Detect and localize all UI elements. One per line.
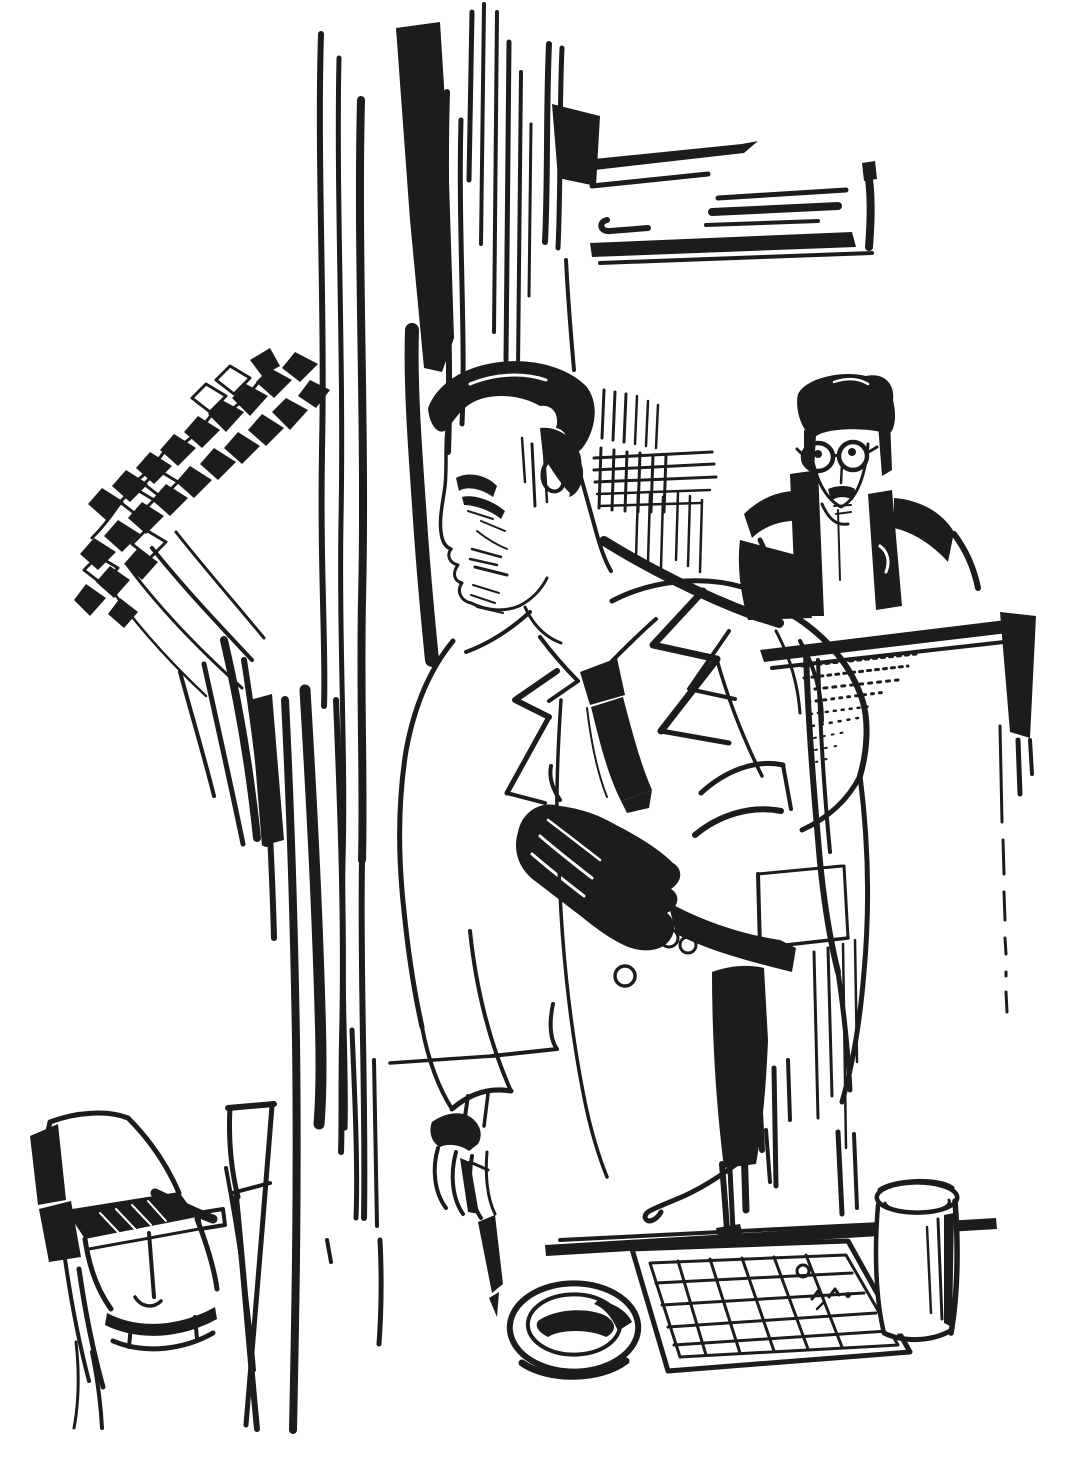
window-frame-posts	[263, 4, 531, 1430]
coat-left-edge	[400, 641, 453, 1027]
counter	[760, 612, 1036, 1090]
ink-drawing-svg	[0, 0, 1068, 1462]
man-tie	[580, 658, 625, 705]
ashtray	[510, 1283, 638, 1376]
betting-slip	[632, 1241, 910, 1371]
ac-top-streak	[584, 141, 758, 171]
writing-hand	[430, 1094, 503, 1317]
car	[30, 1113, 225, 1428]
coat-button	[615, 966, 635, 986]
jar	[875, 1181, 957, 1339]
coat-hem-hook	[645, 1150, 754, 1221]
folding-chair	[226, 1104, 274, 1429]
car-bumper	[105, 1307, 217, 1336]
clerk	[739, 374, 978, 620]
ink-illustration	[0, 0, 1068, 1462]
pen-tip	[489, 1292, 499, 1317]
tree-trunk-branches	[112, 532, 284, 846]
tree-foliage	[74, 348, 330, 628]
man-head	[428, 361, 611, 643]
clerk-glasses-right	[839, 442, 867, 470]
air-conditioner	[584, 141, 877, 263]
man-glove-hand	[516, 804, 680, 950]
door-frame-right	[545, 44, 600, 370]
pen	[478, 1215, 503, 1293]
